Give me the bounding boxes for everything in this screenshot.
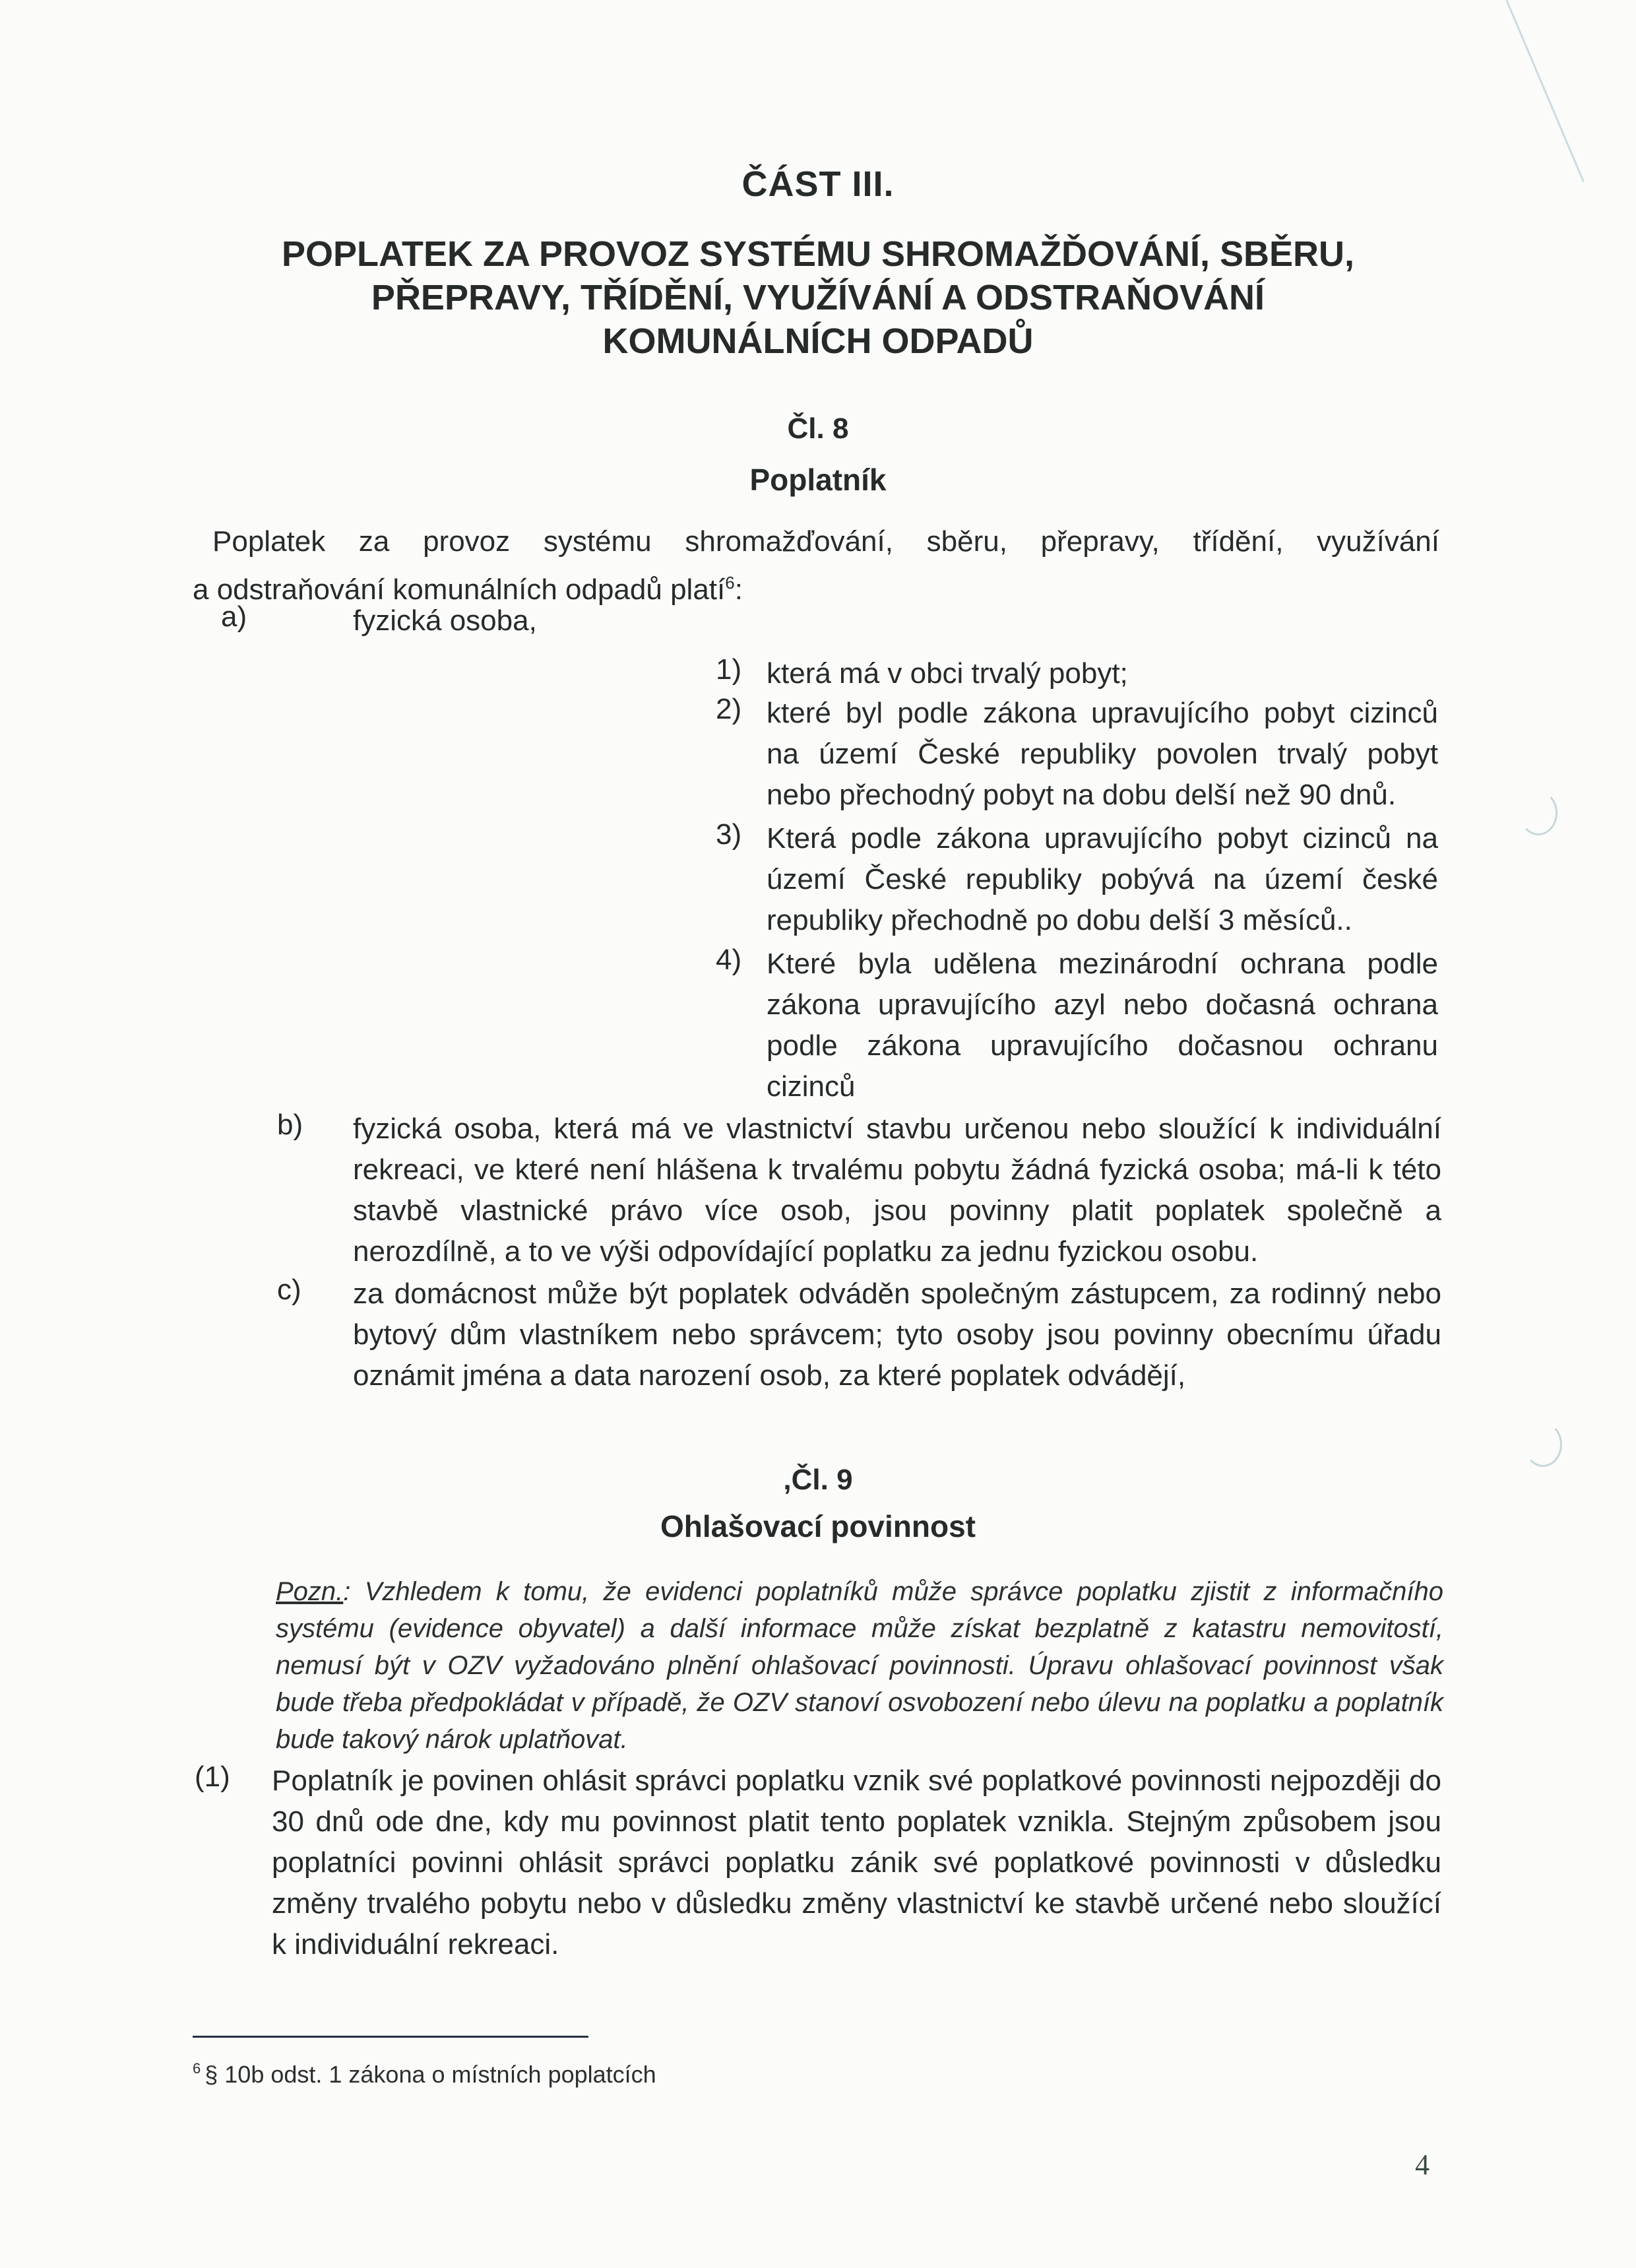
article-9-number: ,Čl. 9 bbox=[0, 1464, 1636, 1497]
punch-hole-mark bbox=[1519, 791, 1557, 835]
footnote-number: 6 bbox=[193, 2060, 201, 2077]
subitem-3-text: Která podle zákona upravujícího pobyt ci… bbox=[767, 818, 1438, 941]
subitem-4-marker: 4) bbox=[716, 944, 741, 977]
note-text: : Vzhledem k tomu, že evidenci poplatník… bbox=[276, 1577, 1443, 1754]
article-9-title: Ohlašovací povinnost bbox=[0, 1508, 1636, 1544]
item-a-marker: a) bbox=[221, 600, 247, 633]
item-c-marker: c) bbox=[277, 1274, 301, 1307]
scan-artifact-line bbox=[1505, 0, 1585, 182]
article-8-intro-line1: Poplatek za provoz systému shromažďování… bbox=[212, 521, 1439, 562]
subitem-1-marker: 1) bbox=[716, 653, 741, 686]
part-title-line: KOMUNÁLNÍCH ODPADŮ bbox=[0, 319, 1636, 363]
footnote-ref: 6 bbox=[725, 573, 734, 593]
item-c-text: za domácnost může být poplatek odváděn s… bbox=[353, 1274, 1441, 1396]
subitem-4-text: Které byla udělena mezinárodní ochrana p… bbox=[767, 944, 1438, 1107]
article-8-title: Poplatník bbox=[0, 462, 1636, 498]
item-b-text: fyzická osoba, která má ve vlastnictví s… bbox=[353, 1109, 1441, 1272]
part-title-line: POPLATEK ZA PROVOZ SYSTÉMU SHROMAŽĎOVÁNÍ… bbox=[0, 232, 1636, 276]
page-number: 4 bbox=[1415, 2148, 1430, 2182]
paragraph-1-text: Poplatník je povinen ohlásit správci pop… bbox=[272, 1761, 1441, 1965]
item-b-marker: b) bbox=[277, 1109, 303, 1142]
subitem-2-text: které byl podle zákona upravujícího poby… bbox=[767, 693, 1438, 816]
editorial-note: Pozn.: Vzhledem k tomu, že evidenci popl… bbox=[276, 1573, 1443, 1758]
subitem-1-text: která má v obci trvalý pobyt; bbox=[767, 653, 1438, 694]
note-label: Pozn. bbox=[276, 1577, 343, 1606]
punch-hole-mark bbox=[1524, 1422, 1562, 1467]
footnote-text: § 10b odst. 1 zákona o místních poplatcí… bbox=[204, 2061, 656, 2088]
part-title: POPLATEK ZA PROVOZ SYSTÉMU SHROMAŽĎOVÁNÍ… bbox=[0, 232, 1636, 363]
part-title-line: PŘEPRAVY, TŘÍDĚNÍ, VYUŽÍVÁNÍ A ODSTRAŇOV… bbox=[0, 276, 1636, 319]
footnote-separator bbox=[193, 2036, 588, 2038]
paragraph-1-marker: (1) bbox=[195, 1761, 230, 1794]
subitem-2-marker: 2) bbox=[716, 693, 741, 726]
intro-colon: : bbox=[735, 573, 743, 606]
footnote: 6§ 10b odst. 1 zákona o místních poplatc… bbox=[193, 2060, 656, 2089]
part-heading: ČÁST III. bbox=[0, 164, 1636, 205]
item-a-text: fyzická osoba, bbox=[353, 600, 537, 641]
article-8-number: Čl. 8 bbox=[0, 412, 1636, 445]
subitem-3-marker: 3) bbox=[716, 818, 741, 851]
